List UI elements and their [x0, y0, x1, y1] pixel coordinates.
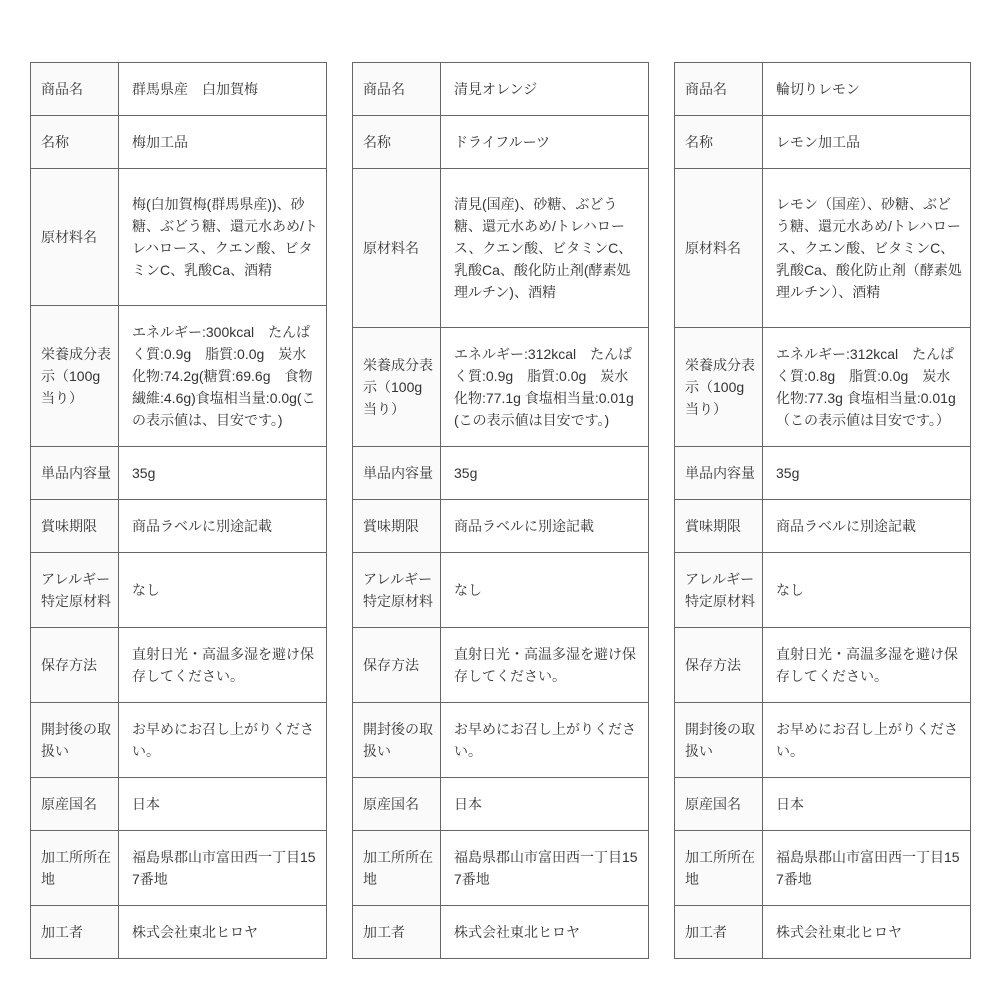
row-label: 原材料名: [31, 169, 119, 306]
row-value: 株式会社東北ヒロヤ: [119, 906, 327, 959]
row-label: 原産国名: [353, 778, 441, 831]
row-label: 加工者: [31, 906, 119, 959]
row-value: 清見(国産)、砂糖、ぶどう糖、還元水あめ/トレハロース、クエン酸、ビタミンC、乳…: [441, 169, 649, 328]
table-row: 加工者株式会社東北ヒロヤ: [675, 906, 971, 959]
row-value: 直射日光・高温多湿を避け保存してください。: [119, 628, 327, 703]
row-label: 原材料名: [675, 169, 763, 328]
row-value: レモン（国産）、砂糖、ぶどう糖、還元水あめ/トレハロース、クエン酸、ビタミンC、…: [763, 169, 971, 328]
table-row: 単品内容量35g: [675, 447, 971, 500]
row-value: 35g: [763, 447, 971, 500]
row-value: 梅(白加賀梅(群馬県産))、砂糖、ぶどう糖、還元水あめ/トレハロース、クエン酸、…: [119, 169, 327, 306]
row-value: 清見オレンジ: [441, 63, 649, 116]
row-value: 福島県郡山市富田西一丁目157番地: [441, 831, 649, 906]
spec-table-kiyomi-orange: 商品名清見オレンジ 名称ドライフルーツ 原材料名清見(国産)、砂糖、ぶどう糖、還…: [352, 62, 649, 959]
row-value: 35g: [441, 447, 649, 500]
row-value: 日本: [763, 778, 971, 831]
table-row: 原材料名梅(白加賀梅(群馬県産))、砂糖、ぶどう糖、還元水あめ/トレハロース、ク…: [31, 169, 327, 306]
row-value: 株式会社東北ヒロヤ: [441, 906, 649, 959]
row-value: お早めにお召し上がりください。: [441, 703, 649, 778]
row-value: ドライフルーツ: [441, 116, 649, 169]
row-label: 名称: [31, 116, 119, 169]
row-value: 商品ラベルに別途記載: [441, 500, 649, 553]
table-row: 単品内容量35g: [353, 447, 649, 500]
row-label: 名称: [675, 116, 763, 169]
table-row: 賞味期限商品ラベルに別途記載: [675, 500, 971, 553]
row-label: アレルギー特定原材料: [675, 553, 763, 628]
table-row: 加工所所在地福島県郡山市富田西一丁目157番地: [675, 831, 971, 906]
row-value: なし: [119, 553, 327, 628]
row-label: 賞味期限: [31, 500, 119, 553]
row-label: 保存方法: [353, 628, 441, 703]
row-label: 原産国名: [675, 778, 763, 831]
row-label: 栄養成分表示（100g当り）: [353, 328, 441, 447]
row-label: 単品内容量: [675, 447, 763, 500]
row-value: レモン加工品: [763, 116, 971, 169]
row-value: お早めにお召し上がりください。: [119, 703, 327, 778]
row-label: 賞味期限: [353, 500, 441, 553]
row-label: アレルギー特定原材料: [353, 553, 441, 628]
table-row: アレルギー特定原材料なし: [353, 553, 649, 628]
row-value: お早めにお召し上がりください。: [763, 703, 971, 778]
row-value: 商品ラベルに別途記載: [763, 500, 971, 553]
table-row: 原産国名日本: [353, 778, 649, 831]
row-label: 栄養成分表示（100g当り）: [31, 306, 119, 447]
table-row: 加工者株式会社東北ヒロヤ: [353, 906, 649, 959]
row-label: 保存方法: [675, 628, 763, 703]
row-label: 原材料名: [353, 169, 441, 328]
row-label: 保存方法: [31, 628, 119, 703]
row-label: 開封後の取扱い: [353, 703, 441, 778]
row-label: 名称: [353, 116, 441, 169]
row-label: 商品名: [675, 63, 763, 116]
row-value: 群馬県産 白加賀梅: [119, 63, 327, 116]
table-row: 名称ドライフルーツ: [353, 116, 649, 169]
table-row: 開封後の取扱いお早めにお召し上がりください。: [31, 703, 327, 778]
row-label: 加工所所在地: [31, 831, 119, 906]
table-row: 単品内容量35g: [31, 447, 327, 500]
table-row: 加工所所在地福島県郡山市富田西一丁目157番地: [353, 831, 649, 906]
row-value: なし: [441, 553, 649, 628]
row-label: 開封後の取扱い: [675, 703, 763, 778]
row-label: 原産国名: [31, 778, 119, 831]
row-value: 福島県郡山市富田西一丁目157番地: [763, 831, 971, 906]
table-row: 名称梅加工品: [31, 116, 327, 169]
table-row: 開封後の取扱いお早めにお召し上がりください。: [353, 703, 649, 778]
row-label: 開封後の取扱い: [31, 703, 119, 778]
row-label: 加工所所在地: [675, 831, 763, 906]
table-row: 原材料名レモン（国産）、砂糖、ぶどう糖、還元水あめ/トレハロース、クエン酸、ビタ…: [675, 169, 971, 328]
row-value: 日本: [119, 778, 327, 831]
table-row: 保存方法直射日光・高温多湿を避け保存してください。: [675, 628, 971, 703]
row-label: 単品内容量: [353, 447, 441, 500]
table-row: アレルギー特定原材料なし: [675, 553, 971, 628]
row-value: 福島県郡山市富田西一丁目157番地: [119, 831, 327, 906]
row-value: エネルギー:300kcal たんぱく質:0.9g 脂質:0.0g 炭水化物:74…: [119, 306, 327, 447]
table-row: 名称レモン加工品: [675, 116, 971, 169]
table-row: 賞味期限商品ラベルに別途記載: [31, 500, 327, 553]
spec-table-ume: 商品名群馬県産 白加賀梅 名称梅加工品 原材料名梅(白加賀梅(群馬県産))、砂糖…: [30, 62, 327, 959]
row-value: なし: [763, 553, 971, 628]
spec-table-lemon: 商品名輪切りレモン 名称レモン加工品 原材料名レモン（国産）、砂糖、ぶどう糖、還…: [674, 62, 971, 959]
row-value: 輪切りレモン: [763, 63, 971, 116]
row-value: エネルギー:312kcal たんぱく質:0.9g 脂質:0.0g 炭水化物:77…: [441, 328, 649, 447]
row-label: 加工者: [353, 906, 441, 959]
product-spec-tables: 商品名群馬県産 白加賀梅 名称梅加工品 原材料名梅(白加賀梅(群馬県産))、砂糖…: [0, 0, 1000, 959]
row-label: 加工者: [675, 906, 763, 959]
table-row: 加工者株式会社東北ヒロヤ: [31, 906, 327, 959]
row-value: エネルギー:312kcal たんぱく質:0.8g 脂質:0.0g 炭水化物:77…: [763, 328, 971, 447]
row-value: 梅加工品: [119, 116, 327, 169]
row-label: 商品名: [353, 63, 441, 116]
row-label: 単品内容量: [31, 447, 119, 500]
table-row: 原産国名日本: [675, 778, 971, 831]
table-row: 商品名輪切りレモン: [675, 63, 971, 116]
row-value: 株式会社東北ヒロヤ: [763, 906, 971, 959]
row-value: 35g: [119, 447, 327, 500]
table-row: 保存方法直射日光・高温多湿を避け保存してください。: [31, 628, 327, 703]
table-row: 保存方法直射日光・高温多湿を避け保存してください。: [353, 628, 649, 703]
row-label: 加工所所在地: [353, 831, 441, 906]
table-row: 栄養成分表示（100g当り）エネルギー:312kcal たんぱく質:0.8g 脂…: [675, 328, 971, 447]
row-label: 商品名: [31, 63, 119, 116]
table-row: 賞味期限商品ラベルに別途記載: [353, 500, 649, 553]
table-row: 原材料名清見(国産)、砂糖、ぶどう糖、還元水あめ/トレハロース、クエン酸、ビタミ…: [353, 169, 649, 328]
table-row: 栄養成分表示（100g当り）エネルギー:312kcal たんぱく質:0.9g 脂…: [353, 328, 649, 447]
row-value: 商品ラベルに別途記載: [119, 500, 327, 553]
table-row: 原産国名日本: [31, 778, 327, 831]
table-row: 商品名群馬県産 白加賀梅: [31, 63, 327, 116]
row-value: 日本: [441, 778, 649, 831]
row-value: 直射日光・高温多湿を避け保存してください。: [441, 628, 649, 703]
table-row: 加工所所在地福島県郡山市富田西一丁目157番地: [31, 831, 327, 906]
table-row: 商品名清見オレンジ: [353, 63, 649, 116]
table-row: アレルギー特定原材料なし: [31, 553, 327, 628]
row-label: 賞味期限: [675, 500, 763, 553]
table-row: 開封後の取扱いお早めにお召し上がりください。: [675, 703, 971, 778]
row-value: 直射日光・高温多湿を避け保存してください。: [763, 628, 971, 703]
row-label: 栄養成分表示（100g当り）: [675, 328, 763, 447]
table-row: 栄養成分表示（100g当り）エネルギー:300kcal たんぱく質:0.9g 脂…: [31, 306, 327, 447]
row-label: アレルギー特定原材料: [31, 553, 119, 628]
